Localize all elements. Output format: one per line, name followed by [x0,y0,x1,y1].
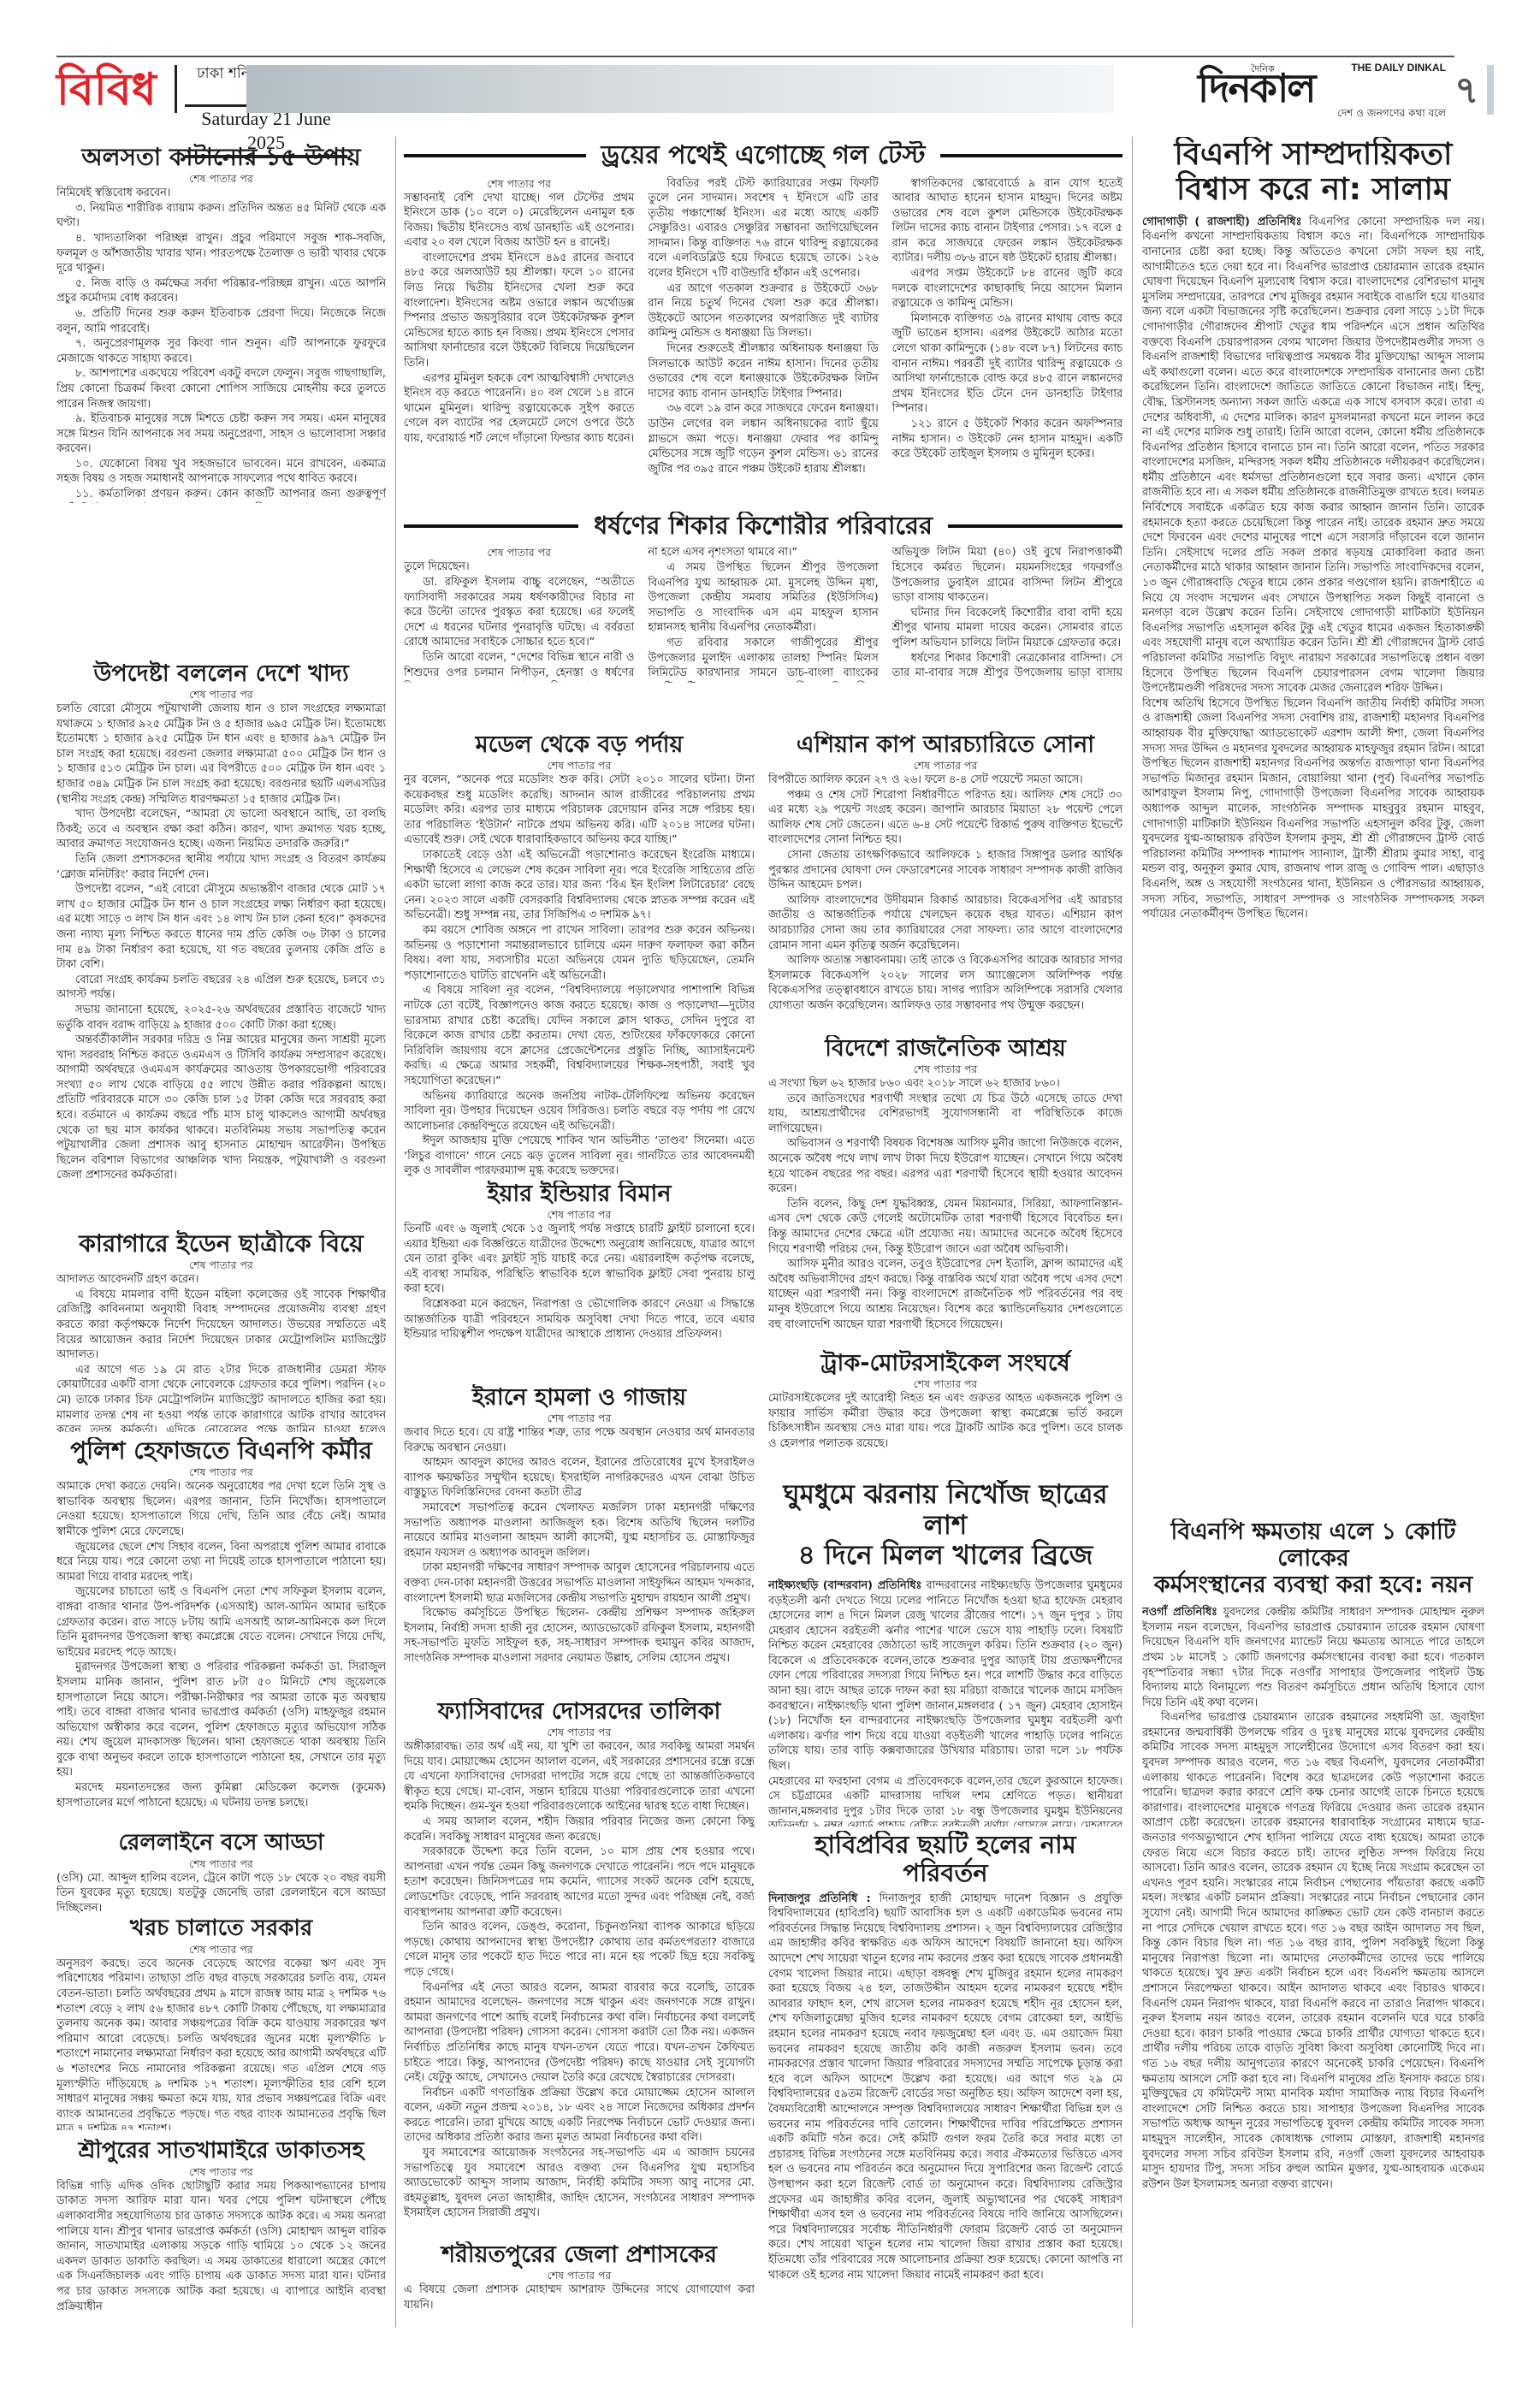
article-truck-collision: ট্রাক-মোটরসাইকেল সংঘর্ষে শেষ পাতার পর মো… [768,1350,1122,1461]
article-salam: বিএনপি সাম্প্রদায়িকতা বিশ্বাস করে না: স… [1142,137,1484,1232]
paragraph: নুর বলেন, “অনেক পরে মডেলিং শুরু করি। সেট… [404,773,755,848]
article-noyon: বিএনপি ক্ষমতায় এলে ১ কোটি লোকের কর্মসংস… [1142,1519,1484,2306]
logo-wordmark: দিনকাল [1198,65,1315,111]
headline: শ্রীপুরের সাতখামাইরে ডাকাতসহ [56,2139,386,2164]
headline: উপদেষ্টা বললেন দেশে খাদ্য [56,660,386,687]
continued-label: শেষ পাতার পর [404,176,634,191]
paragraph: বিএনপির কোনো সম্প্রদায়িক দল নয়। বিএনপি… [1142,216,1484,695]
continued-label: শেষ পাতার পর [404,545,634,560]
paragraph: নির্বাচন একটি গণতান্ত্রিক প্রক্রিয়া উল্… [404,2086,755,2146]
article-model: মডেল থেকে বড় পর্দায় শেষ পাতার পর নুর ব… [404,731,755,1181]
dateline: নাইক্ষ্যংছড়ি (বান্দরবান) প্রতিনিধিঃ [768,1579,921,1592]
dateline: গোদাগাড়ী ( রাজশাহী) প্রতিনিধিঃ [1142,216,1301,228]
paragraph: ৮. আশপাশের একঘেয়ে পরিবেশ একটু বদলে ফেলু… [56,366,386,411]
column-rule [1132,137,1133,2327]
paragraph: ঢাকা মহানগরী দক্ষিণের সাধারণ সম্পাদক আবু… [404,1560,755,1606]
continued-label: শেষ পাতার পর [404,758,755,773]
paragraph: তবে জাতিসংঘের শরণার্থী সংস্থার তথ্যে যে … [768,1092,1122,1137]
headline-line-1: বিএনপি সাম্প্রদায়িকতা [1142,137,1484,172]
headline-line-2: কর্মসংস্থানের ব্যবস্থা করা হবে: নয়ন [1142,1572,1484,1598]
paragraph: যুবদলের কেন্দ্রীয় কমিটির সাধারণ সম্পাদক… [1142,1606,1484,1709]
headline: কারাগারে ইডেন ছাত্রীকে বিয়ে [56,1230,386,1258]
headline: ড্রয়ের পথেই এগোচ্ছে গল টেস্ট [404,141,1122,171]
paragraph: এ বিষয়ে মামলার বাদী ইডেন মহিলা কলেজের ও… [56,1288,386,1363]
paragraph: এরপর সপ্তম উইকেটে ৮৪ রানের জুটি করে দলকে… [892,266,1122,311]
headline: শরীয়তপুরের জেলা প্রশাসকের [404,2241,755,2268]
masthead-banner [246,65,1114,113]
paragraph: আসিফ মুনীর আরও বলেন, তবুও ইউরোপের দেশ ইত… [768,1257,1122,1332]
paragraph: অন্তর্বর্তীকালীন সরকার দরিদ্র ও নিম্ন আয… [56,1033,386,1183]
article-khaddo: উপদেষ্টা বললেন দেশে খাদ্য শেষ পাতার পর চ… [56,660,386,1225]
article-column-1: শেষ পাতার পর সম্ভাবনাই বেশি দেখা যাচ্ছে।… [404,176,634,477]
headline: ইরানে হামলা ও গাজায় [404,1384,755,1411]
paragraph: যুব সমাবেশের আয়োজক সংগঠনের সহ-সভাপতি এম… [404,2146,755,2221]
article-body: নুর বলেন, “অনেক পরে মডেলিং শুরু করি। সেট… [404,773,755,1179]
headline-line-2: ৪ দিনে মিলল খালের ব্রিজে [768,1541,1122,1572]
headline: হাবিপ্রবির ছয়টি হলের নাম পরিবর্তন [768,1831,1122,1888]
article-khoroch: খরচ চালাতে সরকার শেষ পাতার পর অনুসরণ করছ… [56,1916,386,2130]
paragraph: ৯. ইতিবাচক মানুষের সঙ্গে মিশতে চেষ্টা কর… [56,411,386,457]
article-body: এ বিষয়ে জেলা প্রশাসক মোহাম্মদ আশরাফ উদ্… [404,2282,755,2312]
paragraph: বিএনপির এই নেতা আরও বলেন, আমরা বারবার কর… [404,1981,755,2086]
paragraph: ধর্ষণের শিকার কিশোরী নেত্রকোনার বাসিন্দা… [892,651,1122,684]
article-body: বিপরীতে আলিফ করেন ২৭ ও ২৬। ফলে ৪-৪ সেট প… [768,773,1122,1014]
paragraph: বিভিন্ন গাড়ি এদিক ওদিক ছোটাছুটি করার সম… [56,2179,386,2310]
paragraph: জবাব দিতে হবে। যে রাষ্ট্র শান্তির শত্রু,… [404,1425,755,1455]
paragraph: আদালত আবেদনটি গ্রহণ করেন। [56,1272,386,1288]
paragraph: চলতি বোরো মৌসুমে পটুয়াখালী জেলায় ধান ও… [56,702,386,807]
paragraph: বিশ্লেষকরা মনে করছেন, নিরাপত্তা ও ভৌগোলি… [404,1297,755,1342]
paragraph: ১১. কর্মতালিকা প্রণয়ন করুন। কোন কাজটি আ… [56,487,386,503]
paragraph: বান্দরবানের নাইক্ষ্যংছড়ি উপজেলার ঘুমধুম… [768,1579,1122,1773]
headline: মডেল থেকে বড় পর্দায় [404,731,755,758]
newspaper-logo: দৈনিক THE DAILY DINKAL দিনকাল দেশ ও জনগণ… [1198,62,1446,118]
paragraph: এ সময় আলাল বলেন, শহীদ জিয়ার পরিবার নিজ… [404,1815,755,1844]
article-body: নাইক্ষ্যংছড়ি (বান্দরবান) প্রতিনিধিঃ বান… [768,1578,1122,1827]
article-column-3: অভিযুক্ত লিটন মিয়া (৪০) ওই বুথে নিরাপত্… [892,545,1122,683]
continued-label: শেষ পাতার পর [56,1258,386,1272]
article-body: বিভিন্ন গাড়ি এদিক ওদিক ছোটাছুটি করার সম… [56,2179,386,2310]
article-police-custody: পুলিশ হেফাজতে বিএনপি কর্মীর শেষ পাতার পর… [56,1437,386,1818]
continued-label: শেষ পাতার পর [56,1942,386,1957]
article-body: চলতি বোরো মৌসুমে পটুয়াখালী জেলায় ধান ও… [56,702,386,1183]
article-body: আমাকে দেখা করতে দেয়নি। অনেক অনুরোধের পর… [56,1479,386,1810]
paragraph: ৭. অনুপ্রেরণামূলক সুর কিংবা গান শুনুন। এ… [56,336,386,366]
dateline: নওগাঁ প্রতিনিধিঃ [1142,1606,1217,1619]
headline: ধর্ষণের শিকার কিশোরীর পরিবারের [404,512,1122,540]
paragraph: না হলে এসব নৃশংসতা থামবে না।” [648,545,878,560]
paragraph: ৩. নিয়মিত শারীরিক ব্যায়াম করুন। প্রতিদ… [56,201,386,231]
paragraph: বিপরীতে আলিফ করেন ২৭ ও ২৬। ফলে ৪-৪ সেট প… [768,773,1122,788]
headline-line-1: ঘুমধুমে ঝরনায় নিখোঁজ ছাত্রের লাশ [768,1480,1122,1541]
paragraph: এ সংখ্যা ছিল ৬২ হাজার ৮৬০ এবং ২০১৮ সালে … [768,1076,1122,1092]
headline: পুলিশ হেফাজতে বিএনপি কর্মীর [56,1437,386,1465]
article-iran: ইরানে হামলা ও গাজায় শেষ পাতার পর জবাব দ… [404,1384,755,1679]
paragraph: অভিনয় ক্যারিয়ারে অনেক জনপ্রিয় নাটক-টে… [404,1089,755,1134]
paragraph: মরদেহ ময়নাতদন্তের জন্য কুমিল্লা মেডিকেল… [56,1780,386,1810]
paragraph: মোটরসাইকেলের দুই আরোহী নিহত হন এবং গুরুত… [768,1391,1122,1451]
paragraph: তিনি জেলা প্রশাসকদের স্থানীয় পর্যায়ে খ… [56,852,386,882]
paragraph: এ বিষয়ে জেলা প্রশাসক মোহাম্মদ আশরাফ উদ্… [404,2282,755,2312]
paragraph: সরকারকে উদ্দেশ্য করে তিনি বলেন, ১০ মাস প… [404,1844,755,1920]
paragraph: ১২১ রানে ৫ উইকেট শিকার করেন অফস্পিনার না… [892,417,1122,462]
paragraph: কম বয়সে শোবিজ অঙ্গনে পা রাখেন সাবিলা। ত… [404,923,755,983]
column-rule [395,137,396,2327]
paragraph: ঈদুল আজহায় মুক্তি পেয়েছে শাকিব খান অভি… [404,1134,755,1179]
paragraph: সমাবেশে সভাপতিত্ব করেন খেলাফত মজলিস ঢাকা… [404,1501,755,1560]
article-fascism-list: ফ্যাসিবাদের দোসরদের তালিকা শেষ পাতার পর … [404,1698,755,2224]
continued-label: শেষ পাতার পর [768,758,1122,773]
headline-line-1: বিএনপি ক্ষমতায় এলে ১ কোটি লোকের [1142,1519,1484,1572]
article-body: আদালত আবেদনটি গ্রহণ করেন। এ বিষয়ে মামলা… [56,1272,386,1432]
paragraph: এ বিষয়ে সাবিলা নূর বলেন, “বিশ্ববিদ্যালয… [404,983,755,1088]
paragraph: ডা. রফিকুল ইসলাম বাচ্চু বলেছেন, “অতীতে ফ… [404,575,634,650]
article-body: নওগাঁ প্রতিনিধিঃ যুবদলের কেন্দ্রীয় কমিট… [1142,1605,1484,2192]
article-archery: এশিয়ান কাপ আরচ্যারিতে সোনা শেষ পাতার পর… [768,731,1122,1057]
paragraph: ৫. নিজ বাড়ি ও কর্মক্ষেত্র সর্বদা পরিষ্ক… [56,276,386,306]
paragraph: সভায় জানানো হয়েছে, ২০২৫-২৬ অর্থবছরের প… [56,1003,386,1033]
continued-label: শেষ পাতার পর [404,1411,755,1425]
paragraph: মেহরাবের মা ফরহানা বেগম এ প্রতিবেদককে বল… [768,1774,1122,1827]
masthead-top-rule [56,56,1454,57]
article-shariatpur: শরীয়তপুরের জেলা প্রশাসকের শেষ পাতার পর … [404,2241,755,2318]
continued-label: শেষ পাতার পর [404,1725,755,1739]
paragraph: নিমিষেই স্বস্তিবোধ করবেন। [56,186,386,201]
paragraph: মুরাদনগর উপজেলা স্বাস্থ্য ও পরিবার পরিকল… [56,1660,386,1780]
paragraph: অঙ্গীকারাবদ্ধ। তার অর্থ এই নয়, যা খুশি … [404,1739,755,1815]
paragraph: গত রবিবার সকালে গাজীপুরের শ্রীপুর উপজেলা… [648,636,878,683]
article-column-1: শেষ পাতার পর তুলে দিয়েছেন। ডা. রফিকুল ই… [404,545,634,683]
headline: অলসতা কাটানোর ১৫ উপায় [56,144,386,171]
headline: ট্রাক-মোটরসাইকেল সংঘর্ষে [768,1350,1122,1377]
paragraph: তুলে দিয়েছেন। [404,560,634,575]
headline: রেললাইনে বসে আড্ডা [56,1831,386,1856]
paragraph: দিনাজপুর হাজী মোহাম্মদ দানেশ বিজ্ঞান ও প… [768,1892,1122,2282]
continued-label: শেষ পাতার পর [56,1856,386,1871]
continued-label: শেষ পাতার পর [56,1465,386,1479]
article-railline: রেললাইনে বসে আড্ডা শেষ পাতার পর (ওসি) মো… [56,1831,386,1916]
continued-label: শেষ পাতার পর [404,2268,755,2282]
article-body: গোদাগাড়ী ( রাজশাহী) প্রতিনিধিঃ বিএনপির … [1142,215,1484,922]
logo-tagline: দেশ ও জনগণের কথা বলে [1337,106,1446,123]
headline-line-2: বিশ্বাস করে না: সালাম [1142,172,1484,207]
article-dhorshon: ধর্ষণের শিকার কিশোরীর পরিবারের শেষ পাতার… [404,512,1122,683]
logo-english: THE DAILY DINKAL [1351,62,1446,74]
paragraph: বিএনপির ভারপ্রাপ্ত চেয়ারম্যান তারেক রহম… [1142,1710,1484,2192]
article-body: এ সংখ্যা ছিল ৬২ হাজার ৮৬০ এবং ২০১৮ সালে … [768,1076,1122,1332]
paragraph: দিনের শুরুতেই শ্রীলঙ্কার অধিনায়ক ধনাঞ্জ… [648,341,878,401]
page-number-bar [1487,65,1494,115]
paragraph: আমাকে দেখা করতে দেয়নি। অনেক অনুরোধের পর… [56,1479,386,1539]
paragraph: মিলানকে ব্যক্তিগত ৩৯ রানের মাথায় বোল্ড … [892,311,1122,417]
headline: ফ্যাসিবাদের দোসরদের তালিকা [404,1698,755,1725]
paragraph: তিনি আরো বলেন, “দেশের বিভিন্ন স্থানে নার… [404,650,634,683]
continued-label: শেষ পাতার পর [56,171,386,186]
paragraph: ঢাকাতেই বেড়ে ওঠা এই অভিনেত্রী পড়াশোনাও… [404,848,755,923]
page-number: ৭ [1454,62,1479,124]
paragraph: অনুসরণ করছে। তবে অনেক বেড়েছে আগের বকেয়… [56,1957,386,2130]
paragraph: এরপর মুমিনুল হককে বেশ আত্মবিশ্বাসী দেখাল… [404,371,634,447]
article-asylum: বিদেশে রাজনৈতিক আশ্রয় শেষ পাতার পর এ সং… [768,1035,1122,1353]
paragraph: এর আগে গতকাল শুক্রবার ৪ উইকেটে ৩৬৮ রান ন… [648,281,878,341]
headline: খরচ চালাতে সরকার [56,1916,386,1942]
article-air-india: ইয়ার ইন্ডিয়ার বিমান শেষ পাতার পর তিনটি… [404,1181,755,1373]
article-alosota: অলসতা কাটানোর ১৫ উপায় শেষ পাতার পর নিমি… [56,144,386,503]
paragraph: স্বাগতিকদের স্কোরবোর্ডে ৯ রান যোগ হতেই আ… [892,176,1122,267]
article-column-3: স্বাগতিকদের স্কোরবোর্ডে ৯ রান যোগ হতেই আ… [892,176,1122,477]
paragraph: এর আগে গত ১৯ মে রাত ২টার দিকে রাজধানীর ড… [56,1363,386,1432]
paragraph: অভিবাসন ও শরণার্থী বিষয়ক বিশেষজ্ঞ আসিফ … [768,1136,1122,1196]
continued-label: শেষ পাতার পর [56,687,386,702]
paragraph: বোরো সংগ্রহ কার্যক্রম চলতি বছরের ২৪ এপ্র… [56,973,386,1003]
article-habipro: হাবিপ্রবির ছয়টি হলের নাম পরিবর্তন দিনাজ… [768,1831,1122,2310]
article-column-2: বিরতির পরই টেস্ট ক্যারিয়ারের সপ্তম ফিফট… [648,176,878,477]
continued-label: শেষ পাতার পর [404,1207,755,1222]
paragraph: অভিযুক্ত লিটন মিয়া (৪০) ওই বুথে নিরাপত্… [892,545,1122,605]
paragraph: খাদ্য উপদেষ্টা বলেছেন, “আমরা যে ভালো অবস… [56,807,386,852]
headline: বিদেশে রাজনৈতিক আশ্রয় [768,1035,1122,1062]
article-column-2: না হলে এসব নৃশংসতা থামবে না।” এ সময় উপস… [648,545,878,683]
paragraph: আলিফ বাংলাদেশের উদীয়মান রিকার্ভ আরচার। … [768,893,1122,953]
paragraph: তিনি আরও বলেন, ডেঙ্গু, করোনা, চিকুনগুনিয… [404,1920,755,1980]
headline: ইয়ার ইন্ডিয়ার বিমান [404,1181,755,1207]
paragraph: আহমদ আবদুল কাদের আরও বলেন, ইরানের প্রতির… [404,1455,755,1501]
article-galle-test: ড্রয়ের পথেই এগোচ্ছে গল টেস্ট শেষ পাতার … [404,141,1122,500]
paragraph: বিক্ষোভ কর্মসূচিতে উপস্থিত ছিলেন- কেন্দ্… [404,1606,755,1666]
masthead-divider [175,65,177,113]
section-title: বিবিধ [56,62,157,118]
article-body: অঙ্গীকারাবদ্ধ। তার অর্থ এই নয়, যা খুশি … [404,1739,755,2221]
article-sreepur: শ্রীপুরের সাতখামাইরে ডাকাতসহ শেষ পাতার প… [56,2139,386,2310]
article-karagar: কারাগারে ইডেন ছাত্রীকে বিয়ে শেষ পাতার প… [56,1230,386,1432]
article-ghumdhum: ঘুমধুমে ঝরনায় নিখোঁজ ছাত্রের লাশ ৪ দিনে… [768,1480,1122,1827]
paragraph: তিনি বলেন, কিছু দেশ যুদ্ধবিধ্বস্ত, যেমন … [768,1197,1122,1257]
paragraph: সোনা জেতায় তাৎক্ষণিকভাবে আলিফকে ১ হাজার… [768,848,1122,893]
paragraph: সম্ভাবনাই বেশি দেখা যাচ্ছে। গল টেস্টের প… [404,191,634,251]
paragraph: ৬. প্রতিটি দিনের শুরু করুন ইতিবাচক প্রের… [56,306,386,336]
paragraph: ৪. খাদ্যতালিকা পরিচ্ছন্ন রাখুন। প্রচুর প… [56,231,386,276]
paragraph: জুয়েলের চাচাতো ভাই ও বিএনপি নেতা শেখ সফ… [56,1584,386,1660]
article-body: মোটরসাইকেলের দুই আরোহী নিহত হন এবং গুরুত… [768,1391,1122,1451]
continued-label: শেষ পাতার পর [56,2164,386,2179]
paragraph: বিরতির পরই টেস্ট ক্যারিয়ারের সপ্তম ফিফট… [648,176,878,281]
paragraph: ৩৬ বলে ১৯ রান করে সাজঘরে ফেরেন ধনাঞ্জয়া… [648,401,878,477]
article-body: তিনটি এবং ৬ জুলাই থেকে ১৫ জুলাই পর্যন্ত … [404,1222,755,1342]
paragraph: বাংলাদেশের প্রথম ইনিংসে ৪৯৫ রানের জবাবে … [404,251,634,371]
paragraph: ১০. যেকোনো বিষয় খুব সহজভাবে ভাববেন। মনে… [56,457,386,487]
article-body: অনুসরণ করছে। তবে অনেক বেড়েছে আগের বকেয়… [56,1957,386,2130]
paragraph: ঘটনার দিন বিকেলেই কিশোরীর বাবা বাদী হয়ে… [892,606,1122,651]
paragraph: (ওসি) মো. আব্দুল হালিম বলেন, ট্রেনে কাটা… [56,1871,386,1916]
continued-label: শেষ পাতার পর [768,1377,1122,1391]
paragraph: উপদেষ্টা বলেন, “এই বোরো মৌসুমে অভ্যন্তরী… [56,882,386,973]
paragraph: তিনটি এবং ৬ জুলাই থেকে ১৫ জুলাই পর্যন্ত … [404,1222,755,1297]
paragraph: আলিফ অত্যন্ত সম্ভাবনাময়। তাই তাকে ও বিক… [768,953,1122,1013]
article-body: দিনাজপুর প্রতিনিধি : দিনাজপুর হাজী মোহাম… [768,1892,1122,2282]
paragraph: বিশেষ অতিথি হিসেবে উপস্থিত ছিলেন বিএনপি … [1142,696,1484,922]
article-body: নিমিষেই স্বস্তিবোধ করবেন। ৩. নিয়মিত শার… [56,186,386,503]
continued-label: শেষ পাতার পর [768,1062,1122,1076]
article-body: (ওসি) মো. আব্দুল হালিম বলেন, ট্রেনে কাটা… [56,1871,386,1916]
paragraph: এ সময় উপস্থিত ছিলেন শ্রীপুর উপজেলা বিএন… [648,560,878,636]
dateline: দিনাজপুর প্রতিনিধি : [768,1892,871,1905]
headline: এশিয়ান কাপ আরচ্যারিতে সোনা [768,731,1122,758]
article-body: জবাব দিতে হবে। যে রাষ্ট্র শান্তির শত্রু,… [404,1425,755,1667]
paragraph: জুয়েলের ছেলে শেখ সিহাব বলেন, বিনা অপরাধ… [56,1540,386,1585]
paragraph: পঞ্চম ও শেষ সেট শিরোপা নির্ধারণীতে পরিণত… [768,788,1122,848]
